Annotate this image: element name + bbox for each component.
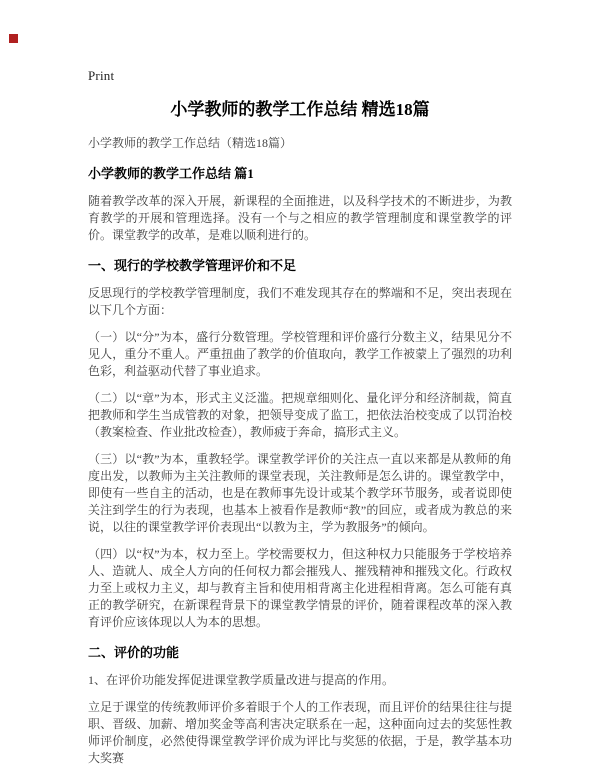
paragraph: （三）以“教”为本，重教轻学。课堂教学评价的关注点一直以来都是从教师的角度出发，… [88, 451, 512, 536]
section-heading: 一、现行的学校教学管理评价和不足 [88, 257, 512, 275]
section-heading: 二、评价的功能 [88, 644, 512, 662]
doc-body: 小学教师的教学工作总结 篇1随着教学改革的深入开展，新课程的全面推进，以及科学技… [88, 165, 512, 767]
doc-subtitle: 小学教师的教学工作总结（精选18篇） [88, 135, 512, 152]
print-button[interactable]: Print [88, 69, 512, 83]
paragraph: （一）以“分”为本，盛行分数管理。学校管理和评价盛行分数主义，结果见分不见人，重… [88, 329, 512, 380]
paragraph: （二）以“章”为本，形式主义泛滥。把规章细则化、量化评分和经济制裁，简直把教师和… [88, 390, 512, 441]
page-corner-marker-icon [9, 34, 18, 43]
paragraph: 立足于课堂的传统教师评价多着眼于个人的工作表现，而且评价的结果往往与提职、晋级、… [88, 699, 512, 767]
page-title: 小学教师的教学工作总结 精选18篇 [88, 99, 512, 121]
paragraph: 1、在评价功能发挥促进课堂教学质量改进与提高的作用。 [88, 672, 512, 689]
document-page: Print 小学教师的教学工作总结 精选18篇 小学教师的教学工作总结（精选18… [0, 0, 600, 776]
paragraph: 反思现行的学校教学管理制度，我们不难发现其存在的弊端和不足，突出表现在以下几个方… [88, 285, 512, 319]
paragraph: 随着教学改革的深入开展，新课程的全面推进，以及科学技术的不断进步，为教育教学的开… [88, 193, 512, 244]
section-heading: 小学教师的教学工作总结 篇1 [88, 165, 512, 183]
paragraph: （四）以“权”为本，权力至上。学校需要权力，但这种权力只能服务于学校培养人、造就… [88, 546, 512, 631]
